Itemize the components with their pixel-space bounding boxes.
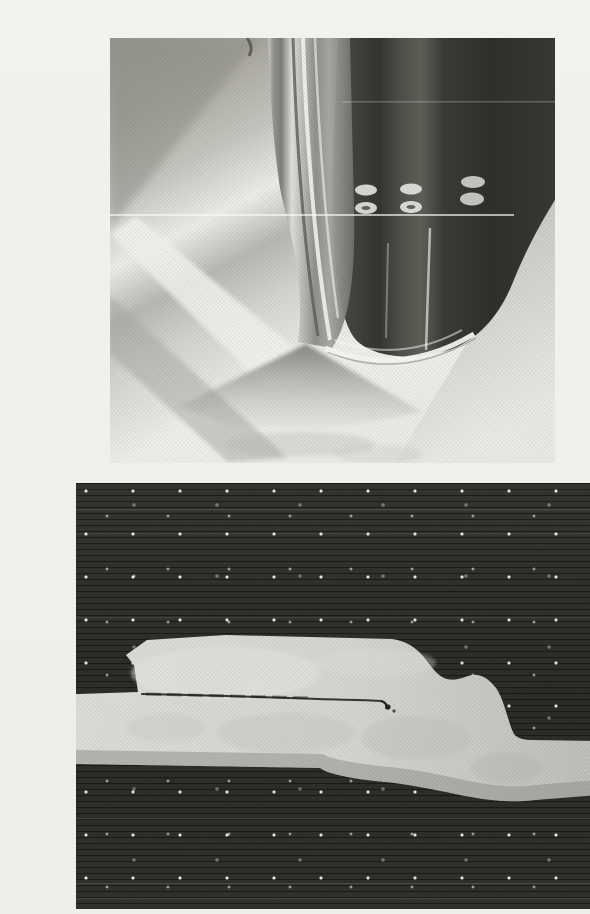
scanned-page bbox=[0, 0, 590, 914]
fsw-tool-photo bbox=[110, 38, 555, 463]
weld-cross-section-photo bbox=[76, 483, 590, 909]
weld-cross-section-art bbox=[76, 483, 590, 909]
fsw-tool-photo-art bbox=[110, 38, 555, 463]
